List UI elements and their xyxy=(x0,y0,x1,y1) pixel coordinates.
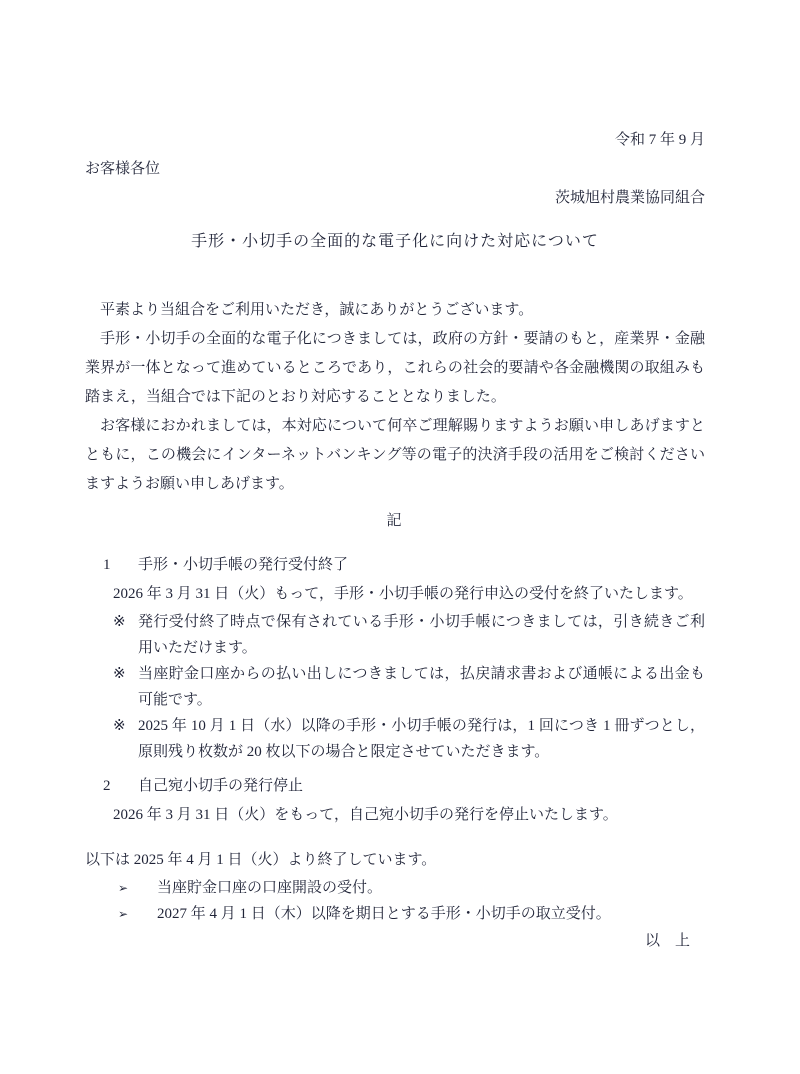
note-item: ※ 発行受付終了時点で保有されている手形・小切手帳につきましては，引き続きご利用… xyxy=(113,609,705,661)
section-1-body: 2026 年 3 月 31 日（火）もって，手形・小切手帳の発行申込の受付を終了… xyxy=(113,580,705,609)
closing-mark: 以 上 xyxy=(85,927,705,956)
section-2-heading: 2 自己宛小切手の発行停止 xyxy=(85,772,705,801)
arrow-bullet-icon: ➢ xyxy=(118,901,157,927)
section-1-heading: 1 手形・小切手帳の発行受付終了 xyxy=(85,551,705,580)
section-2: 2 自己宛小切手の発行停止 2026 年 3 月 31 日（火）をもって，自己宛… xyxy=(85,772,705,830)
document-date: 令和 7 年 9 月 xyxy=(85,126,705,155)
background-paragraph: 手形・小切手の全面的な電子化につきましては，政府の方針・要請のもと，産業界・金融… xyxy=(85,325,705,412)
note-item: ※ 2025 年 10 月 1 日（水）以降の手形・小切手帳の発行は，1 回につ… xyxy=(113,713,705,765)
section-1: 1 手形・小切手帳の発行受付終了 2026 年 3 月 31 日（火）もって，手… xyxy=(85,551,705,765)
section-2-title: 自己宛小切手の発行停止 xyxy=(138,772,705,801)
record-heading: 記 xyxy=(85,507,705,536)
addressee: お客様各位 xyxy=(85,155,705,184)
list-item: ➢ 当座貯金口座の口座開設の受付。 xyxy=(118,875,705,901)
reference-mark-icon: ※ xyxy=(113,713,138,765)
document-page: 令和 7 年 9 月 お客様各位 茨城旭村農業協同組合 手形・小切手の全面的な電… xyxy=(0,0,800,1074)
note-text: 2025 年 10 月 1 日（水）以降の手形・小切手帳の発行は，1 回につき … xyxy=(138,713,705,765)
section-1-number: 1 xyxy=(103,551,138,580)
list-item-text: 2027 年 4 月 1 日（木）以降を期日とする手形・小切手の取立受付。 xyxy=(157,901,705,927)
list-item-text: 当座貯金口座の口座開設の受付。 xyxy=(157,875,705,901)
reference-mark-icon: ※ xyxy=(113,661,138,713)
body-paragraphs: 平素より当組合をご利用いただき，誠にありがとうございます。 手形・小切手の全面的… xyxy=(85,296,705,499)
document-title: 手形・小切手の全面的な電子化に向けた対応について xyxy=(85,227,705,256)
arrow-bullet-icon: ➢ xyxy=(118,875,157,901)
note-text: 当座貯金口座からの払い出しにつきましては，払戻請求書および通帳による出金も可能で… xyxy=(138,661,705,713)
ended-services-intro: 以下は 2025 年 4 月 1 日（火）より終了しています。 xyxy=(85,846,705,875)
note-item: ※ 当座貯金口座からの払い出しにつきましては，払戻請求書および通帳による出金も可… xyxy=(113,661,705,713)
list-item: ➢ 2027 年 4 月 1 日（木）以降を期日とする手形・小切手の取立受付。 xyxy=(118,901,705,927)
sender-organization: 茨城旭村農業協同組合 xyxy=(85,184,705,213)
note-text: 発行受付終了時点で保有されている手形・小切手帳につきましては，引き続きご利用いた… xyxy=(138,609,705,661)
section-2-number: 2 xyxy=(103,772,138,801)
section-1-title: 手形・小切手帳の発行受付終了 xyxy=(138,551,705,580)
greeting-paragraph: 平素より当組合をご利用いただき，誠にありがとうございます。 xyxy=(85,296,705,325)
reference-mark-icon: ※ xyxy=(113,609,138,661)
section-2-body: 2026 年 3 月 31 日（火）をもって，自己宛小切手の発行を停止いたします… xyxy=(113,801,705,830)
request-paragraph: お客様におかれましては，本対応について何卒ご理解賜りますようお願い申しあげますと… xyxy=(85,412,705,499)
